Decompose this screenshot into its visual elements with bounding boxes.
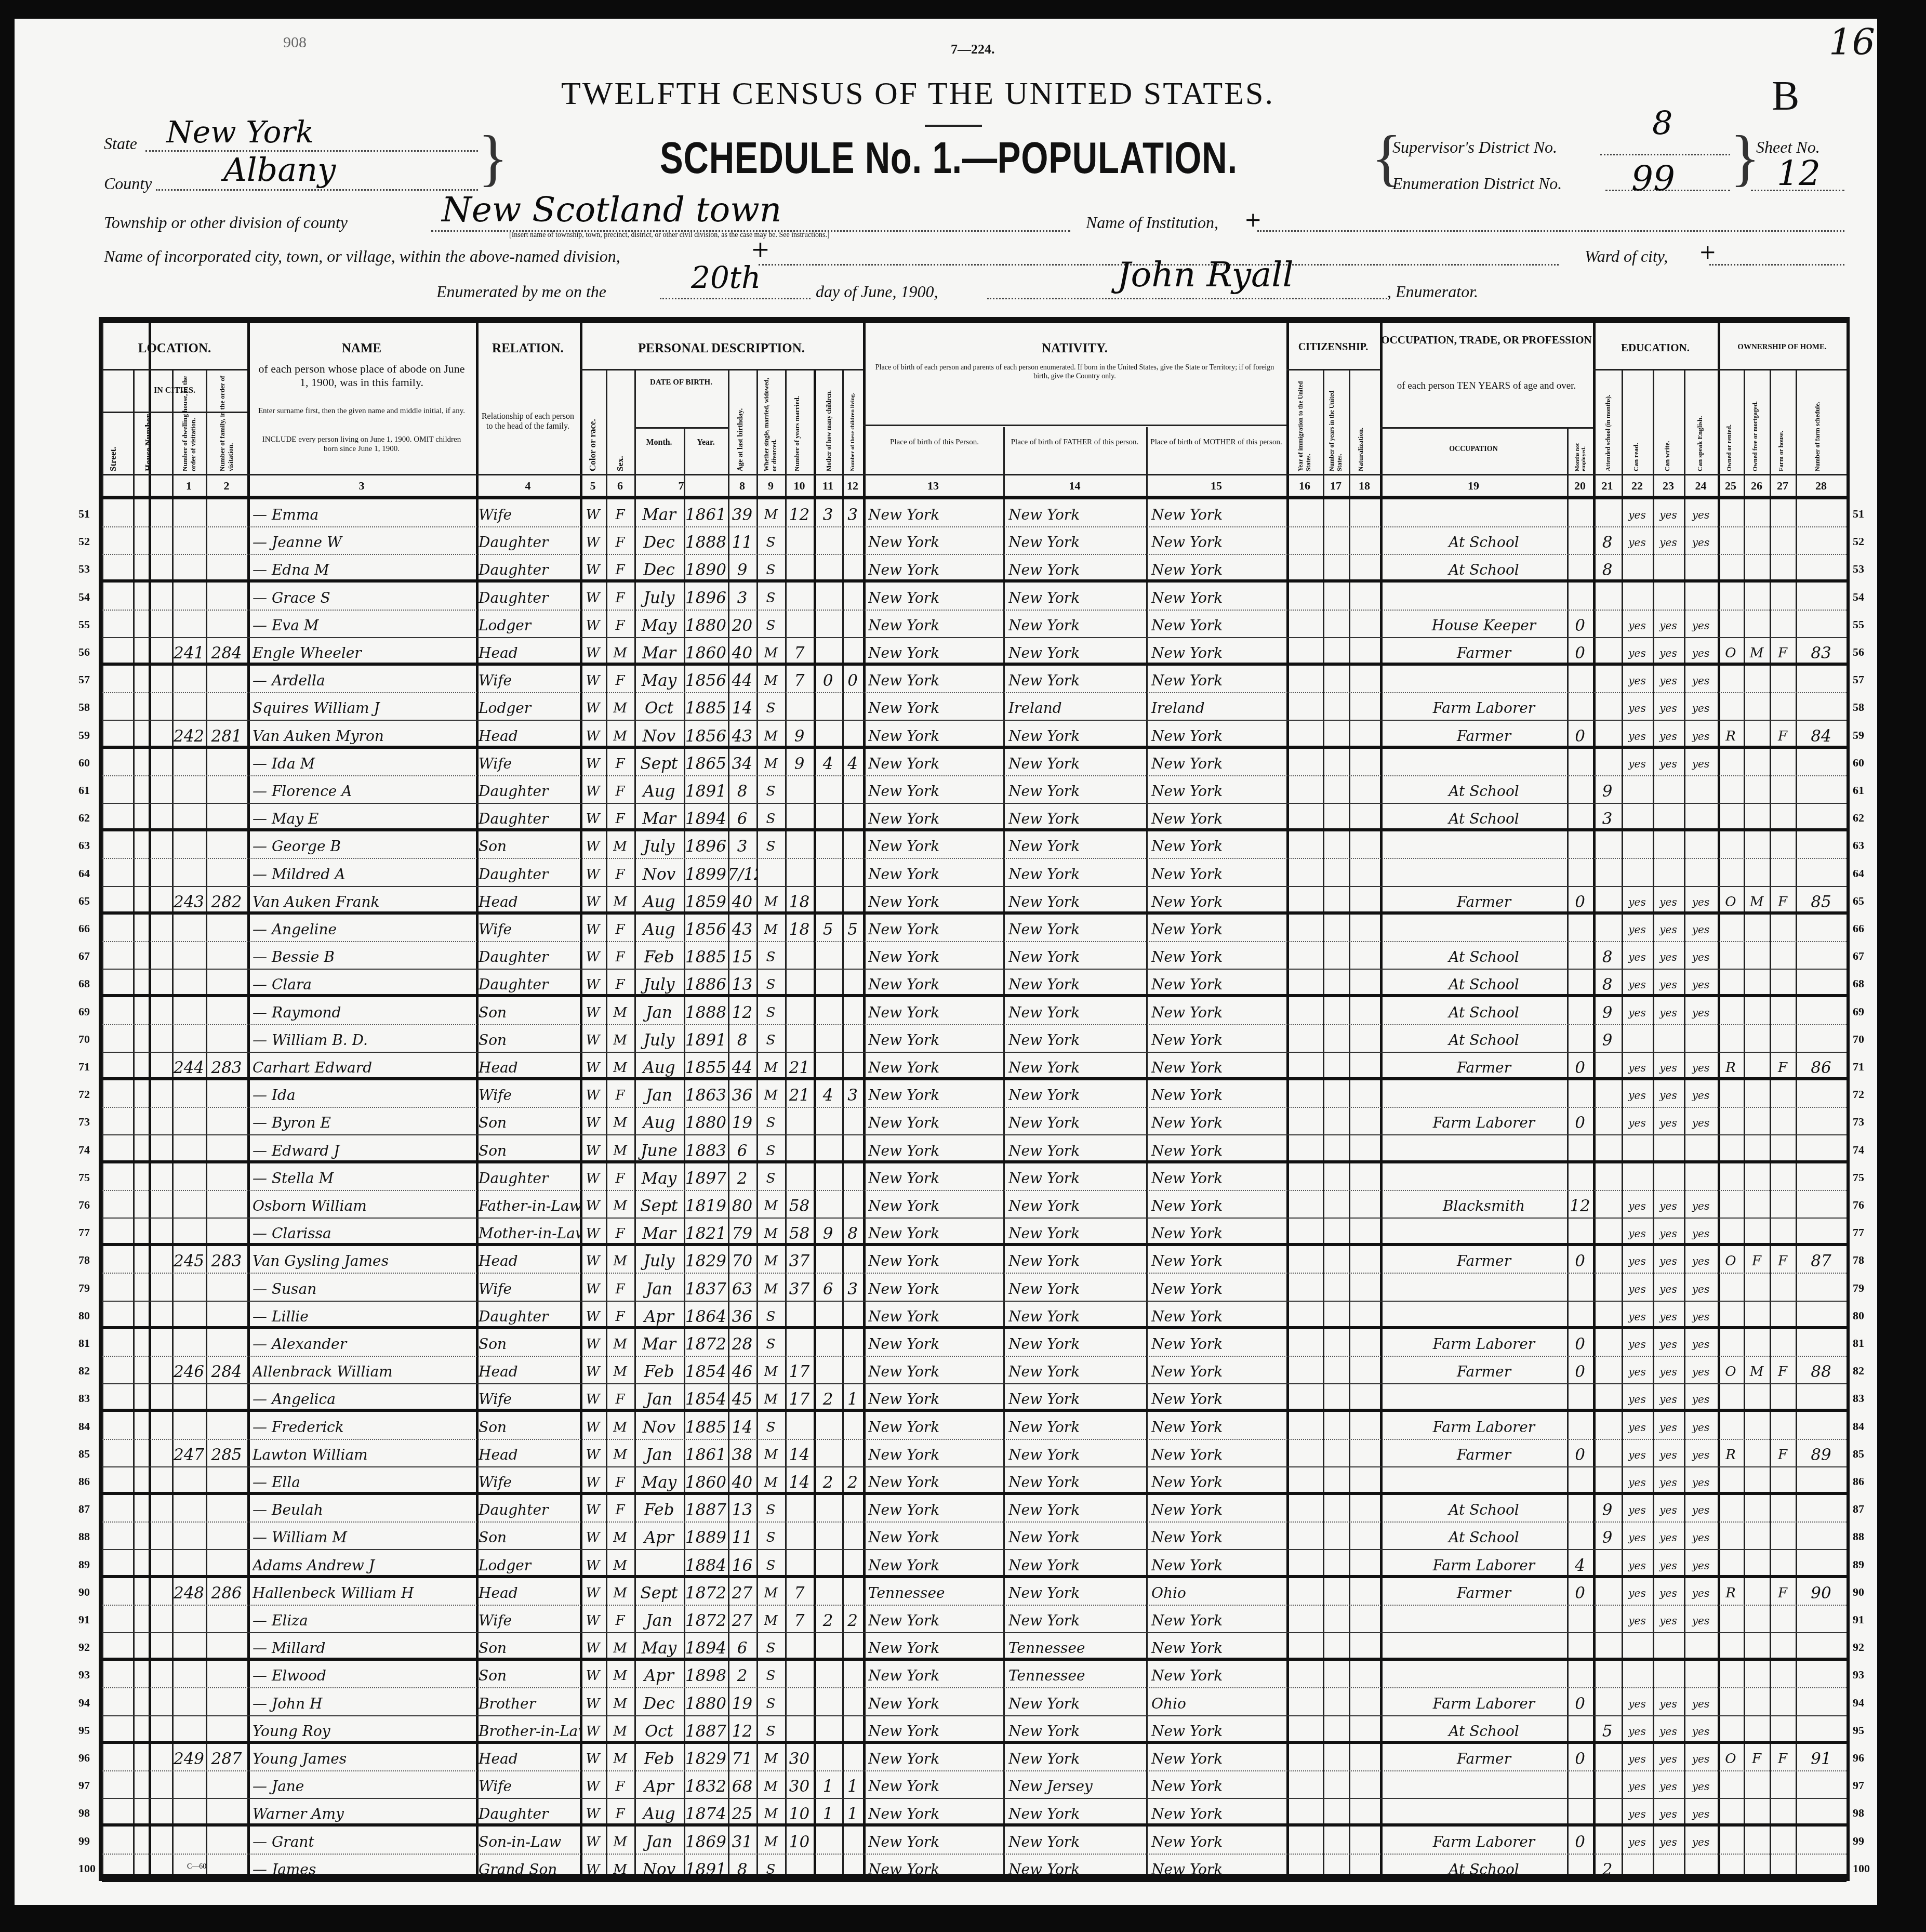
cell-year: 1872 (684, 1610, 728, 1632)
enumerated-prefix: Enumerated by me on the (436, 282, 606, 301)
cell-english: yes (1684, 615, 1718, 637)
cell-mother-of (814, 532, 842, 553)
header-dwelling: Number of dwelling house, in the order o… (179, 373, 200, 471)
cell-marital: M (756, 1057, 785, 1079)
cell-month: Jan (634, 1084, 684, 1106)
cell-color: W (580, 891, 606, 913)
table-row: — Grace SDaughterWFJuly18963SNew YorkNew… (102, 583, 1847, 611)
cell-sex: M (606, 642, 634, 664)
form-number: 7—224. (951, 42, 995, 57)
cell-mother-of (814, 1693, 842, 1715)
cell-living (842, 1665, 863, 1687)
cell-year: 1837 (684, 1278, 728, 1300)
cell-family (206, 1029, 247, 1051)
cell-name: — Lillie (253, 1306, 476, 1328)
cell-bp-mother: New York (1151, 1859, 1286, 1881)
cell-school: 9 (1593, 1002, 1622, 1024)
header-rule (580, 369, 863, 370)
cell-living: 1 (842, 1776, 863, 1797)
cell-dwelling (172, 919, 206, 941)
cell-farm (1770, 1803, 1796, 1825)
cell-age: 3 (728, 836, 756, 857)
cell-color: W (580, 1472, 606, 1493)
cell-month: May (634, 1637, 684, 1659)
cell-free (1744, 559, 1770, 581)
cell-unemployed: 0 (1567, 1748, 1593, 1770)
cell-color: W (580, 1859, 606, 1881)
cell-own (1718, 615, 1744, 637)
cell-sched (1796, 587, 1847, 609)
line-number-right: 76 (1853, 1198, 1864, 1212)
cell-age: 20 (728, 615, 756, 637)
cell-name: Squires William J (253, 697, 476, 719)
cell-write: yes (1653, 1721, 1684, 1742)
row-separator (102, 1077, 1847, 1080)
cell-farm (1770, 1610, 1796, 1632)
cell-bp-mother: New York (1151, 504, 1286, 526)
cell-write: yes (1653, 1610, 1684, 1632)
cell-sex: M (606, 1859, 634, 1881)
cell-yrs-married (785, 1333, 814, 1355)
cell-sex: M (606, 1057, 634, 1079)
cell-bp-person: New York (868, 615, 1003, 637)
line-number-right: 85 (1853, 1447, 1864, 1461)
line-number-right: 74 (1853, 1143, 1864, 1157)
cell-sched (1796, 1637, 1847, 1659)
cell-living: 3 (842, 504, 863, 526)
cell-bp-father: New York (1008, 1803, 1146, 1825)
cell-bp-father: New York (1008, 615, 1146, 637)
cell-dwelling (172, 697, 206, 719)
cell-color: W (580, 1499, 606, 1521)
line-number-left: 66 (78, 922, 90, 935)
cell-bp-person: New York (868, 753, 1003, 775)
cell-write: yes (1653, 919, 1684, 941)
cell-bp-mother: New York (1151, 1333, 1286, 1355)
cell-living (842, 836, 863, 857)
table-row: — Byron ESonWMAug188019SNew YorkNew York… (102, 1108, 1847, 1135)
cell-sched (1796, 504, 1847, 526)
cell-sex: M (606, 1112, 634, 1134)
cell-age: 14 (728, 1417, 756, 1438)
cell-own (1718, 1333, 1744, 1355)
cell-dwelling (172, 1168, 206, 1189)
cell-farm (1770, 1693, 1796, 1715)
cell-dwelling (172, 1306, 206, 1328)
cell-bp-father: New York (1008, 1831, 1146, 1853)
cell-write: yes (1653, 1831, 1684, 1853)
cell-living (842, 1029, 863, 1051)
header-name-desc: of each person whose place of abode on J… (258, 362, 466, 390)
cell-unemployed (1567, 1721, 1593, 1742)
census-title: TWELFTH CENSUS OF THE UNITED STATES. (561, 75, 1274, 112)
cell-color: W (580, 1029, 606, 1051)
cell-bp-father: New York (1008, 532, 1146, 553)
line-number-right: 53 (1853, 562, 1864, 576)
row-separator (102, 1409, 1847, 1412)
cell-write: yes (1653, 1555, 1684, 1577)
cell-bp-person: New York (868, 1084, 1003, 1106)
cell-living: 1 (842, 1388, 863, 1410)
cell-family (206, 974, 247, 996)
cell-free (1744, 1610, 1770, 1632)
cell-occupation (1401, 836, 1567, 857)
cell-write: yes (1653, 1223, 1684, 1245)
cell-dwelling (172, 1637, 206, 1659)
cell-month: Feb (634, 946, 684, 968)
cell-age: 9 (728, 559, 756, 581)
cell-living (842, 1527, 863, 1549)
cell-bp-person: New York (868, 587, 1003, 609)
cell-sex: M (606, 1195, 634, 1217)
cell-own (1718, 1527, 1744, 1549)
cell-free (1744, 974, 1770, 996)
column-number: 26 (1744, 479, 1770, 496)
cell-free (1744, 1527, 1770, 1549)
cell-english: yes (1684, 1803, 1718, 1825)
cell-age: 63 (728, 1278, 756, 1300)
cell-marital: M (756, 670, 785, 692)
cell-bp-mother: New York (1151, 1499, 1286, 1521)
cell-write (1653, 1168, 1684, 1189)
cell-dwelling (172, 1140, 206, 1162)
cell-mother-of: 9 (814, 1223, 842, 1245)
line-number-right: 87 (1853, 1502, 1864, 1516)
cell-unemployed: 0 (1567, 1112, 1593, 1134)
cell-year: 1860 (684, 1472, 728, 1493)
cell-marital: S (756, 1029, 785, 1051)
cell-english: yes (1684, 1388, 1718, 1410)
cell-occupation: At School (1401, 946, 1567, 968)
cell-farm (1770, 670, 1796, 692)
cell-relation: Father-in-Law (479, 1195, 580, 1217)
cell-month: July (634, 836, 684, 857)
cell-color: W (580, 836, 606, 857)
cell-unemployed: 0 (1567, 1831, 1593, 1853)
cell-occupation (1401, 864, 1567, 885)
cell-family (206, 504, 247, 526)
cell-month: Mar (634, 1333, 684, 1355)
cell-own (1718, 946, 1744, 968)
table-row: — Eva MLodgerWFMay188020SNew YorkNew Yor… (102, 611, 1847, 638)
cell-relation: Daughter (479, 559, 580, 581)
cell-bp-father: New York (1008, 1610, 1146, 1632)
cell-sex: F (606, 1223, 634, 1245)
cell-english: yes (1684, 1306, 1718, 1328)
cell-free (1744, 1776, 1770, 1797)
cell-sched: 90 (1796, 1582, 1847, 1604)
row-separator (102, 663, 1847, 666)
cell-dwelling (172, 1555, 206, 1577)
cell-family (206, 1084, 247, 1106)
cell-dwelling (172, 1610, 206, 1632)
cell-yrs-married (785, 1112, 814, 1134)
cell-bp-person: New York (868, 1472, 1003, 1493)
table-row: — FrederickSonWMNov188514SNew YorkNew Yo… (102, 1412, 1847, 1440)
cell-read: yes (1622, 725, 1653, 747)
cell-write (1653, 836, 1684, 857)
cell-marital: S (756, 1665, 785, 1687)
cell-dwelling: 249 (172, 1748, 206, 1770)
cell-family (206, 1195, 247, 1217)
header-occupation-sub: OCCUPATION (1380, 445, 1567, 454)
cell-sex: F (606, 615, 634, 637)
table-row: — Mildred ADaughterWFNov18997/12New York… (102, 859, 1847, 887)
cell-sched (1796, 808, 1847, 830)
cell-bp-person: New York (868, 1417, 1003, 1438)
cell-write: yes (1653, 670, 1684, 692)
cell-english: yes (1684, 1195, 1718, 1217)
cell-yrs-married: 17 (785, 1361, 814, 1383)
cell-dwelling: 248 (172, 1582, 206, 1604)
cell-bp-mother: New York (1151, 1278, 1286, 1300)
line-number-right: 52 (1853, 535, 1864, 548)
cell-month: Nov (634, 725, 684, 747)
cell-unemployed (1567, 864, 1593, 885)
cell-age: 27 (728, 1582, 756, 1604)
cell-sex: M (606, 1748, 634, 1770)
cell-read (1622, 1140, 1653, 1162)
cell-bp-father: New York (1008, 1472, 1146, 1493)
cell-month: May (634, 670, 684, 692)
header-birth-father: Place of birth of FATHER of this person. (1003, 438, 1146, 447)
line-number-left: 79 (78, 1281, 90, 1295)
header-location: LOCATION. (102, 341, 247, 356)
header-rule (863, 425, 1286, 426)
cell-dwelling: 246 (172, 1361, 206, 1383)
cell-age: 40 (728, 1472, 756, 1493)
cell-year: 1885 (684, 946, 728, 968)
column-number: 12 (842, 479, 863, 496)
cell-age: 40 (728, 891, 756, 913)
cell-sex: M (606, 1665, 634, 1687)
cell-marital: S (756, 615, 785, 637)
cell-relation: Head (479, 1582, 580, 1604)
cell-sched (1796, 1029, 1847, 1051)
table-row: — IdaWifeWFJan186336M2143New YorkNew Yor… (102, 1080, 1847, 1108)
cell-color: W (580, 1665, 606, 1687)
column-number: 25 (1718, 479, 1744, 496)
table-row: — BeulahDaughterWFFeb188713SNew YorkNew … (102, 1495, 1847, 1523)
cell-sex: M (606, 1444, 634, 1466)
cell-mother-of (814, 946, 842, 968)
cell-write: yes (1653, 1444, 1684, 1466)
cell-english: yes (1684, 1361, 1718, 1383)
cell-unemployed: 4 (1567, 1555, 1593, 1577)
cell-unemployed (1567, 1610, 1593, 1632)
cell-age: 6 (728, 808, 756, 830)
cell-farm (1770, 587, 1796, 609)
cell-sched (1796, 780, 1847, 802)
cell-family (206, 919, 247, 941)
cell-mother-of (814, 1499, 842, 1521)
header-occupation: OCCUPATION, TRADE, OR PROFESSION (1380, 334, 1593, 347)
cell-mother-of: 6 (814, 1278, 842, 1300)
cell-free (1744, 1333, 1770, 1355)
cell-sex: F (606, 946, 634, 968)
cell-name: — Ella (253, 1472, 476, 1493)
cell-bp-mother: New York (1151, 1527, 1286, 1549)
cell-own (1718, 1278, 1744, 1300)
table-row: 247285Lawton WilliamHeadWMJan186138M14Ne… (102, 1440, 1847, 1467)
cell-bp-mother: New York (1151, 532, 1286, 553)
cell-free (1744, 1112, 1770, 1134)
cell-bp-mother: New York (1151, 1472, 1286, 1493)
cell-bp-mother: New York (1151, 1637, 1286, 1659)
cell-dwelling (172, 1278, 206, 1300)
cell-bp-mother: New York (1151, 753, 1286, 775)
cell-relation: Son (479, 1637, 580, 1659)
line-number-right: 92 (1853, 1640, 1864, 1654)
cell-bp-mother: New York (1151, 1444, 1286, 1466)
cell-read: yes (1622, 1306, 1653, 1328)
cell-dwelling (172, 1527, 206, 1549)
cell-family (206, 532, 247, 553)
line-number-right: 84 (1853, 1420, 1864, 1433)
cell-month: Aug (634, 1057, 684, 1079)
cell-free (1744, 780, 1770, 802)
cell-read: yes (1622, 697, 1653, 719)
header-year: Year. (684, 438, 728, 447)
cell-unemployed: 0 (1567, 615, 1593, 637)
cell-school (1593, 864, 1622, 885)
cell-month: Jan (634, 1610, 684, 1632)
cell-color: W (580, 974, 606, 996)
cell-sched (1796, 615, 1847, 637)
cell-bp-mother: New York (1151, 1029, 1286, 1051)
cell-sex: F (606, 1610, 634, 1632)
cell-bp-mother: New York (1151, 1417, 1286, 1438)
cell-own (1718, 1223, 1744, 1245)
cell-marital: S (756, 1306, 785, 1328)
cell-school (1593, 753, 1622, 775)
cell-free (1744, 1002, 1770, 1024)
cell-living (842, 587, 863, 609)
cell-sched (1796, 1168, 1847, 1189)
cell-family (206, 1333, 247, 1355)
cell-write: yes (1653, 697, 1684, 719)
cell-farm (1770, 1278, 1796, 1300)
cell-farm: F (1770, 1582, 1796, 1604)
cell-bp-person: New York (868, 1803, 1003, 1825)
cell-year: 1891 (684, 1029, 728, 1051)
cell-marital: S (756, 1002, 785, 1024)
schedule-title: SCHEDULE No. 1.—POPULATION. (660, 133, 1238, 184)
row-separator (102, 911, 1847, 915)
cell-sex: M (606, 891, 634, 913)
cell-yrs-married: 14 (785, 1472, 814, 1493)
header-sex: Sex. (615, 401, 626, 471)
cell-farm: F (1770, 1250, 1796, 1272)
cell-own (1718, 1417, 1744, 1438)
line-number-right: 81 (1853, 1336, 1864, 1350)
cell-occupation: At School (1401, 1002, 1567, 1024)
cell-sched (1796, 1278, 1847, 1300)
cell-yrs-married (785, 559, 814, 581)
cell-year: 1891 (684, 780, 728, 802)
cell-school (1593, 919, 1622, 941)
cell-own (1718, 1803, 1744, 1825)
cell-color: W (580, 587, 606, 609)
cell-sched: 86 (1796, 1057, 1847, 1079)
table-row: — ArdellaWifeWFMay185644M700New YorkNew … (102, 666, 1847, 693)
cell-school (1593, 1803, 1622, 1825)
header-street: Street. (108, 417, 118, 471)
enumerator-line (987, 296, 1387, 299)
cell-yrs-married: 7 (785, 670, 814, 692)
cell-own (1718, 504, 1744, 526)
cell-sched (1796, 753, 1847, 775)
cell-farm (1770, 1776, 1796, 1797)
cell-school (1593, 725, 1622, 747)
cell-bp-mother: New York (1151, 1002, 1286, 1024)
cell-name: — Alexander (253, 1333, 476, 1355)
cell-bp-mother: New York (1151, 891, 1286, 913)
line-number-right: 97 (1853, 1779, 1864, 1792)
cell-name: Van Gysling James (253, 1250, 476, 1272)
state-label: State (104, 134, 137, 153)
cell-marital: S (756, 1499, 785, 1521)
line-number-right: 73 (1853, 1115, 1864, 1129)
cell-occupation: Farmer (1401, 1444, 1567, 1466)
cell-family (206, 1527, 247, 1549)
cell-sex: M (606, 1029, 634, 1051)
row-separator (102, 1326, 1847, 1329)
cell-dwelling (172, 1665, 206, 1687)
cell-bp-mother: New York (1151, 615, 1286, 637)
header-children-living: Number of these children living. (844, 373, 861, 471)
table-row: — ElwoodSonWMApr18982SNew YorkTennesseeN… (102, 1661, 1847, 1688)
cell-sex: F (606, 587, 634, 609)
cell-write: yes (1653, 504, 1684, 526)
cell-bp-mother: New York (1151, 836, 1286, 857)
cell-read: yes (1622, 1250, 1653, 1272)
cell-bp-mother: New York (1151, 1057, 1286, 1079)
cell-bp-mother: New York (1151, 1361, 1286, 1383)
header-immigration: Year of immigration to the United States… (1292, 373, 1318, 471)
cell-marital: M (756, 1388, 785, 1410)
cell-school (1593, 1057, 1622, 1079)
cell-own: R (1718, 1582, 1744, 1604)
cell-free (1744, 1223, 1770, 1245)
cell-farm: F (1770, 1748, 1796, 1770)
cell-age: 8 (728, 780, 756, 802)
cell-read: yes (1622, 1278, 1653, 1300)
cell-write: yes (1653, 615, 1684, 637)
cell-color: W (580, 1831, 606, 1853)
cell-bp-father: New York (1008, 946, 1146, 968)
cell-school (1593, 587, 1622, 609)
cell-bp-person: New York (868, 1168, 1003, 1189)
cell-yrs-married (785, 808, 814, 830)
ward-value: + (1699, 240, 1717, 264)
cell-relation: Daughter (479, 808, 580, 830)
cell-living: 2 (842, 1610, 863, 1632)
cell-yrs-married: 7 (785, 1582, 814, 1604)
cell-age: 39 (728, 504, 756, 526)
cell-relation: Head (479, 642, 580, 664)
table-row: — William MSonWMApr188911SNew YorkNew Yo… (102, 1523, 1847, 1550)
cell-farm (1770, 1665, 1796, 1687)
cell-read: yes (1622, 1057, 1653, 1079)
cell-yrs-married: 9 (785, 725, 814, 747)
line-number-right: 66 (1853, 922, 1864, 935)
cell-school: 9 (1593, 1029, 1622, 1051)
cell-english: yes (1684, 891, 1718, 913)
cell-unemployed (1567, 1803, 1593, 1825)
line-number-right: 56 (1853, 645, 1864, 659)
cell-farm: F (1770, 891, 1796, 913)
